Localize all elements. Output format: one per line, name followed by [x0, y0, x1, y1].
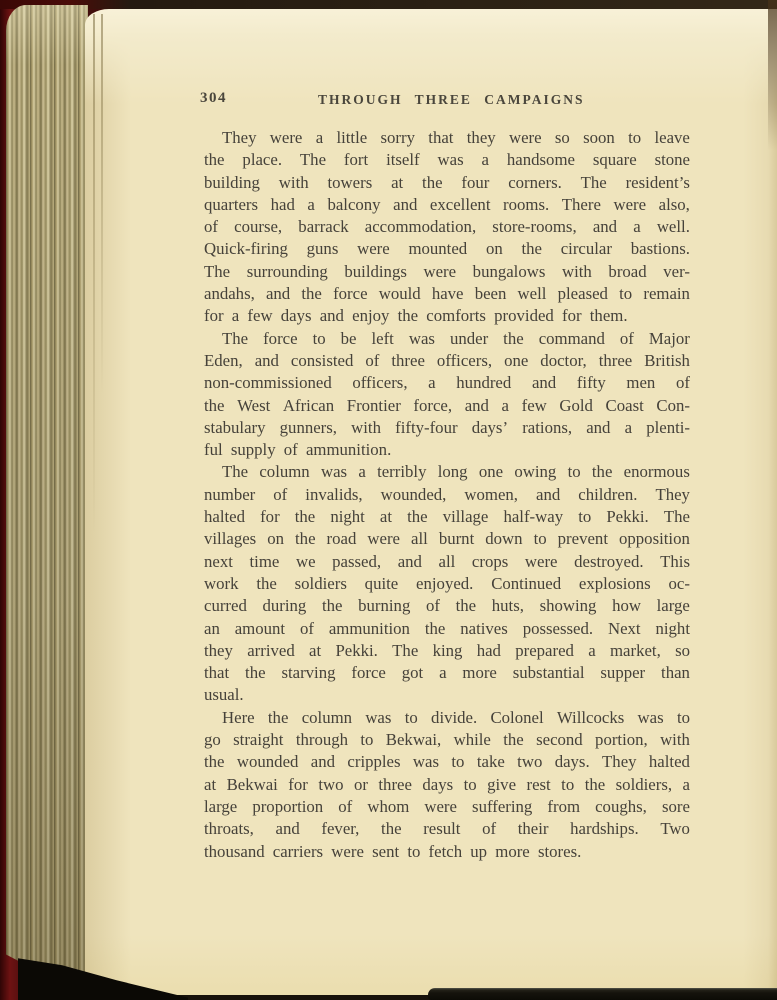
text-line: theyarrivedatPekki.Thekinghadpreparedama…: [204, 640, 690, 662]
text-line: thousand carriers were sent to fetch up …: [204, 841, 690, 863]
text-line: Eden,andconsistedofthreeofficers,onedoct…: [204, 350, 690, 372]
text-line: atBekwaifortwoorthreedaystogiveresttothe…: [204, 774, 690, 796]
body-text: Theywerealittlesorrythattheyweresosoonto…: [204, 127, 690, 863]
page-header: 304 THROUGH THREE CAMPAIGNS: [200, 90, 690, 108]
text-line: Theywerealittlesorrythattheyweresosoonto…: [204, 127, 690, 149]
text-line: nexttimewepassed,andallcropsweredestroye…: [204, 551, 690, 573]
text-line: ofcourse,barrackaccommodation,store-room…: [204, 216, 690, 238]
text-line: villagesontheroadwereallburntdowntopreve…: [204, 528, 690, 550]
text-line: quartershadabalconyandexcellentrooms.The…: [204, 194, 690, 216]
text-line: andahs,andtheforcewouldhavebeenwellpleas…: [204, 283, 690, 305]
text-line: thewoundedandcrippleswastotaketwodays.Th…: [204, 751, 690, 773]
text-line: Thesurroundingbuildingswerebungalowswith…: [204, 261, 690, 283]
text-line: numberofinvalids,wounded,women,andchildr…: [204, 484, 690, 506]
text-line: haltedforthenightatthevillagehalf-waytoP…: [204, 506, 690, 528]
running-title: THROUGH THREE CAMPAIGNS: [318, 92, 566, 108]
text-line: gostraightthroughtoBekwai,whilethesecond…: [204, 729, 690, 751]
text-line: thatthestarvingforcegotamoresubstantials…: [204, 662, 690, 684]
book-photo: 304 THROUGH THREE CAMPAIGNS Theywerealit…: [0, 0, 777, 1000]
text-line: throats,andfever,theresultoftheirhardshi…: [204, 818, 690, 840]
text-line: non-commissionedofficers,ahundredandfift…: [204, 372, 690, 394]
text-line: Thecolumnwasaterriblylongoneowingtotheen…: [204, 461, 690, 483]
text-line: usual.: [204, 684, 690, 706]
text-line: stabularygunners,withfifty-fourdays’rati…: [204, 417, 690, 439]
text-line: workthesoldiersquiteenjoyed.Continuedexp…: [204, 573, 690, 595]
text-line: TheforcetobeleftwasunderthecommandofMajo…: [204, 328, 690, 350]
printed-page-content: 304 THROUGH THREE CAMPAIGNS Theywerealit…: [0, 0, 777, 1000]
text-line: curredduringtheburningofthehuts,showingh…: [204, 595, 690, 617]
text-line: Quick-firinggunsweremountedonthecircular…: [204, 238, 690, 260]
text-line: for a few days and enjoy the comforts pr…: [204, 305, 690, 327]
text-line: theplace.Thefortitselfwasahandsomesquare…: [204, 149, 690, 171]
text-line: Herethecolumnwastodivide.ColonelWillcock…: [204, 707, 690, 729]
text-line: buildingwithtowersatthefourcorners.There…: [204, 172, 690, 194]
text-line: largeproportionofwhomweresufferingfromco…: [204, 796, 690, 818]
text-line: anamountofammunitionthenativespossessed.…: [204, 618, 690, 640]
text-line: ful supply of ammunition.: [204, 439, 690, 461]
page-number: 304: [200, 90, 227, 107]
text-line: theWestAfricanFrontierforce,andafewGoldC…: [204, 395, 690, 417]
